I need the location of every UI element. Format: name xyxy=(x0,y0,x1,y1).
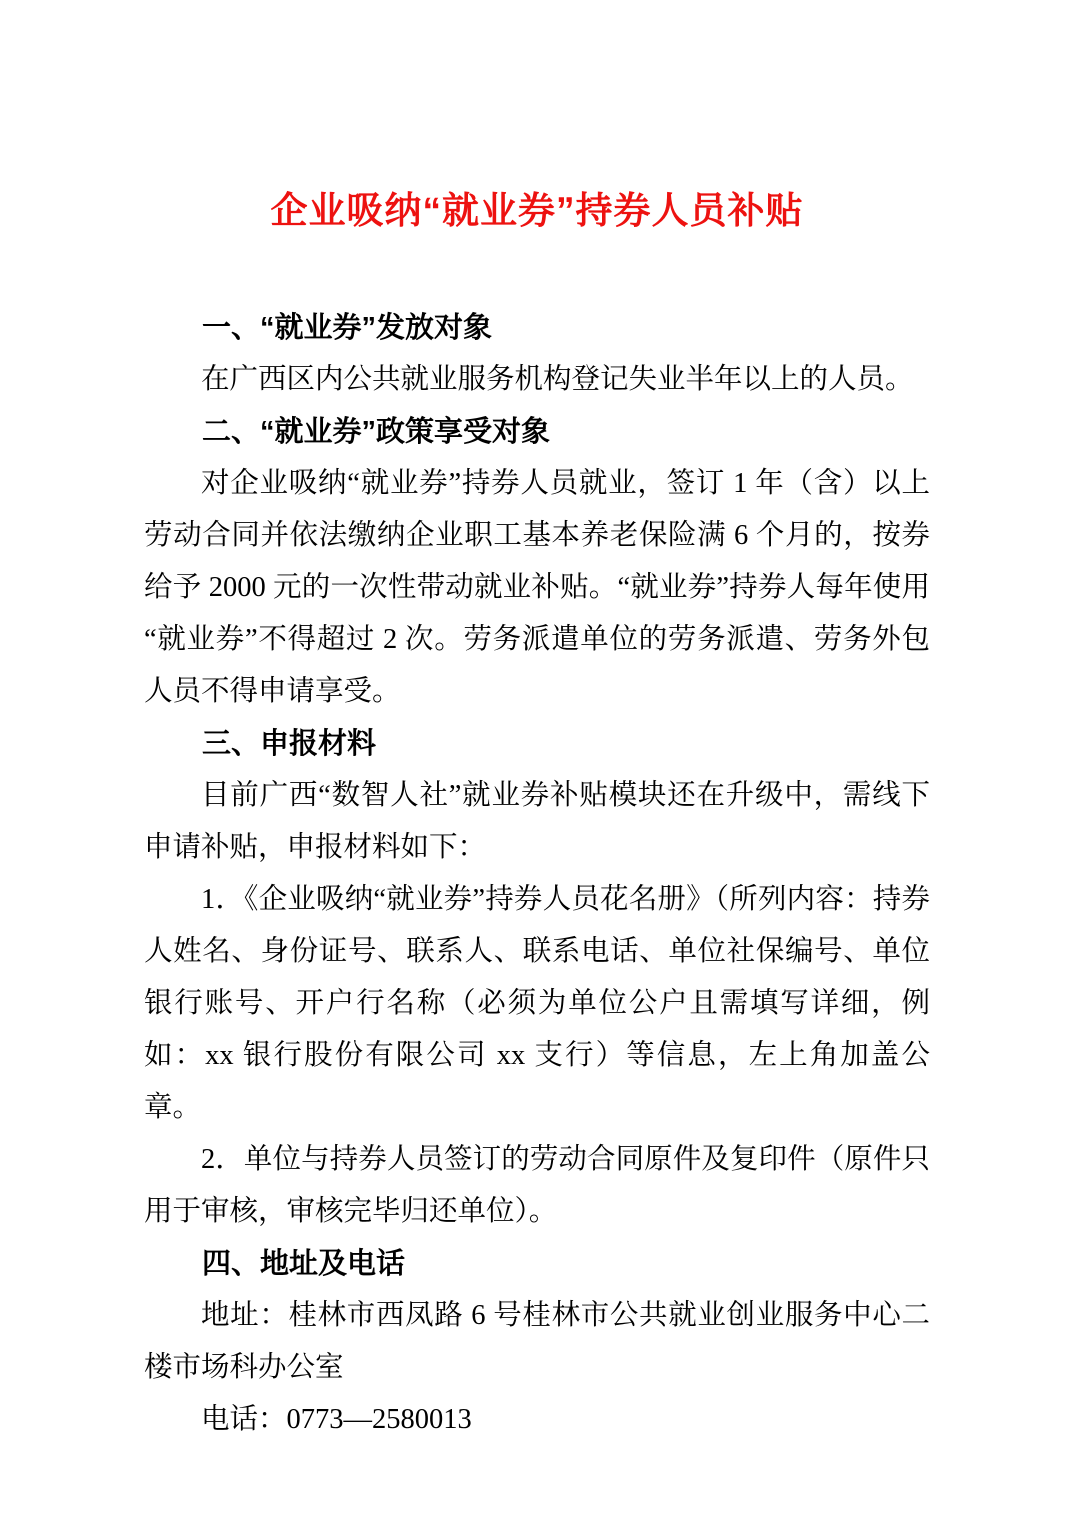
paragraph: 目前广西“数智人社”就业券补贴模块还在升级中，需线下申请补贴，申报材料如下： xyxy=(144,770,930,874)
document-content: 企业吸纳“就业券”持券人员补贴 一、“就业券”发放对象 在广西区内公共就业服务机… xyxy=(144,186,930,1446)
list-item-2: 2．单位与持券人员签订的劳动合同原件及复印件（原件只用于审核，审核完毕归还单位）… xyxy=(144,1134,930,1238)
section-heading-3: 三、申报材料 xyxy=(144,718,930,770)
document-page: 企业吸纳“就业券”持券人员补贴 一、“就业券”发放对象 在广西区内公共就业服务机… xyxy=(0,0,1074,1520)
paragraph: 在广西区内公共就业服务机构登记失业半年以上的人员。 xyxy=(144,354,930,406)
paragraph: 对企业吸纳“就业券”持券人员就业，签订 1 年（含）以上劳动合同并依法缴纳企业职… xyxy=(144,458,930,718)
section-policy-beneficiaries: 二、“就业券”政策享受对象 对企业吸纳“就业券”持券人员就业，签订 1 年（含）… xyxy=(144,406,930,718)
list-item-1: 1．《企业吸纳“就业券”持券人员花名册》（所列内容：持券人姓名、身份证号、联系人… xyxy=(144,874,930,1134)
section-heading-2: 二、“就业券”政策享受对象 xyxy=(144,406,930,458)
section-voucher-recipients: 一、“就业券”发放对象 在广西区内公共就业服务机构登记失业半年以上的人员。 xyxy=(144,302,930,406)
phone-line: 电话：0773—2580013 xyxy=(144,1394,930,1446)
address-line: 地址：桂林市西凤路 6 号桂林市公共就业创业服务中心二楼市场科办公室 xyxy=(144,1290,930,1394)
section-application-materials: 三、申报材料 目前广西“数智人社”就业券补贴模块还在升级中，需线下申请补贴，申报… xyxy=(144,718,930,1238)
section-address-phone: 四、地址及电话 地址：桂林市西凤路 6 号桂林市公共就业创业服务中心二楼市场科办… xyxy=(144,1238,930,1446)
document-title: 企业吸纳“就业券”持券人员补贴 xyxy=(144,186,930,236)
section-heading-4: 四、地址及电话 xyxy=(144,1238,930,1290)
section-heading-1: 一、“就业券”发放对象 xyxy=(144,302,930,354)
